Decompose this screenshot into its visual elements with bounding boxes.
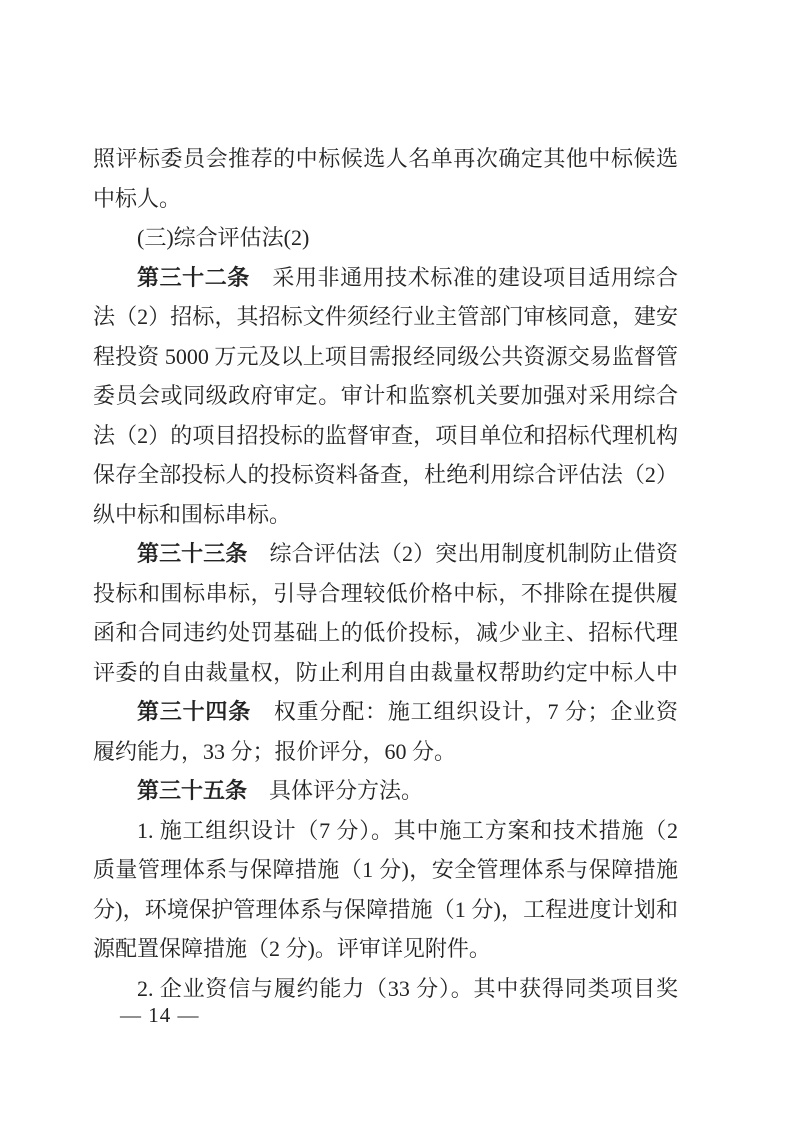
text-line: 投标和围标串标，引导合理较低价格中标，不排除在提供履约保 <box>93 574 678 614</box>
text-segment: 保存全部投标人的投标资料备查，杜绝利用综合评估法（2）操 <box>93 462 678 495</box>
text-line: 第三十四条 权重分配：施工组织设计，7 分；企业资信和 <box>93 692 678 732</box>
text-segment: 2. 企业资信与履约能力（33 分）。其中获得同类项目奖项 <box>137 976 678 1009</box>
text-line: 第三十二条 采用非通用技术标准的建设项目适用综合评估 <box>93 258 678 298</box>
text-segment: 评委的自由裁量权，防止利用自由裁量权帮助约定中标人中标。 <box>93 660 678 693</box>
text-line: 委员会或同级政府审定。审计和监察机关要加强对采用综合评估 <box>93 376 678 416</box>
text-segment: 投标和围标串标，引导合理较低价格中标，不排除在提供履约保 <box>93 581 678 614</box>
text-segment: 履约能力，33 分；报价评分，60 分。 <box>93 739 456 764</box>
text-line: 法（2）招标，其招标文件须经行业主管部门审核同意，建安工 <box>93 297 678 337</box>
text-segment: (三)综合评估法(2) <box>137 225 309 250</box>
text-line: 质量管理体系与保障措施（1 分)，安全管理体系与保障措施（1 <box>93 850 678 890</box>
text-segment: 法（2）的项目招投标的监督审查，项目单位和招标代理机构须 <box>93 423 678 456</box>
text-line: 第三十三条 综合评估法（2）突出用制度机制防止借资质 <box>93 534 678 574</box>
text-segment: 函和合同违约处罚基础上的低价投标，减少业主、招标代理机构、 <box>93 620 678 653</box>
text-line: 履约能力，33 分；报价评分，60 分。 <box>93 732 678 772</box>
text-segment: 分)，环境保护管理体系与保障措施（1 分)，工程进度计划和资 <box>93 897 678 930</box>
text-line: 纵中标和围标串标。 <box>93 495 678 535</box>
text-segment: 纵中标和围标串标。 <box>93 502 291 527</box>
text-segment: 委员会或同级政府审定。审计和监察机关要加强对采用综合评估 <box>93 383 678 416</box>
document-body: 照评标委员会推荐的中标候选人名单再次确定其他中标候选人为中标人。(三)综合评估法… <box>93 139 678 1008</box>
document-page: 照评标委员会推荐的中标候选人名单再次确定其他中标候选人为中标人。(三)综合评估法… <box>0 0 793 1122</box>
text-line: 分)，环境保护管理体系与保障措施（1 分)，工程进度计划和资 <box>93 890 678 930</box>
text-segment: 中标人。 <box>93 186 181 211</box>
bold-text-segment: 第三十五条 <box>137 778 247 803</box>
text-line: 中标人。 <box>93 179 678 219</box>
page-number: — 14 — <box>120 1000 200 1030</box>
text-line: 评委的自由裁量权，防止利用自由裁量权帮助约定中标人中标。 <box>93 653 678 693</box>
text-line: 第三十五条 具体评分方法。 <box>93 771 678 811</box>
bold-text-segment: 第三十四条 <box>137 699 251 724</box>
text-segment: 质量管理体系与保障措施（1 分)，安全管理体系与保障措施（1 <box>93 857 678 890</box>
text-line: (三)综合评估法(2) <box>93 218 678 258</box>
text-line: 保存全部投标人的投标资料备查，杜绝利用综合评估法（2）操 <box>93 455 678 495</box>
text-segment: 源配置保障措施（2 分)。评审详见附件。 <box>93 936 491 961</box>
text-line: 1. 施工组织设计（7 分）。其中施工方案和技术措施（2 分)， <box>93 811 678 851</box>
bold-text-segment: 第三十二条 <box>137 265 250 290</box>
text-line: 源配置保障措施（2 分)。评审详见附件。 <box>93 929 678 969</box>
bold-text-segment: 第三十三条 <box>137 541 247 566</box>
text-line: 照评标委员会推荐的中标候选人名单再次确定其他中标候选人为 <box>93 139 678 179</box>
text-line: 程投资 5000 万元及以上项目需报经同级公共资源交易监督管理 <box>93 337 678 377</box>
text-segment: 具体评分方法。 <box>247 778 423 803</box>
text-segment: 1. 施工组织设计（7 分）。其中施工方案和技术措施（2 分)， <box>137 818 678 851</box>
text-line: 函和合同违约处罚基础上的低价投标，减少业主、招标代理机构、 <box>93 613 678 653</box>
text-segment: 照评标委员会推荐的中标候选人名单再次确定其他中标候选人为 <box>93 146 678 179</box>
text-line: 法（2）的项目招投标的监督审查，项目单位和招标代理机构须 <box>93 416 678 456</box>
text-segment: 法（2）招标，其招标文件须经行业主管部门审核同意，建安工 <box>93 304 678 337</box>
text-segment: 程投资 5000 万元及以上项目需报经同级公共资源交易监督管理 <box>93 344 678 377</box>
